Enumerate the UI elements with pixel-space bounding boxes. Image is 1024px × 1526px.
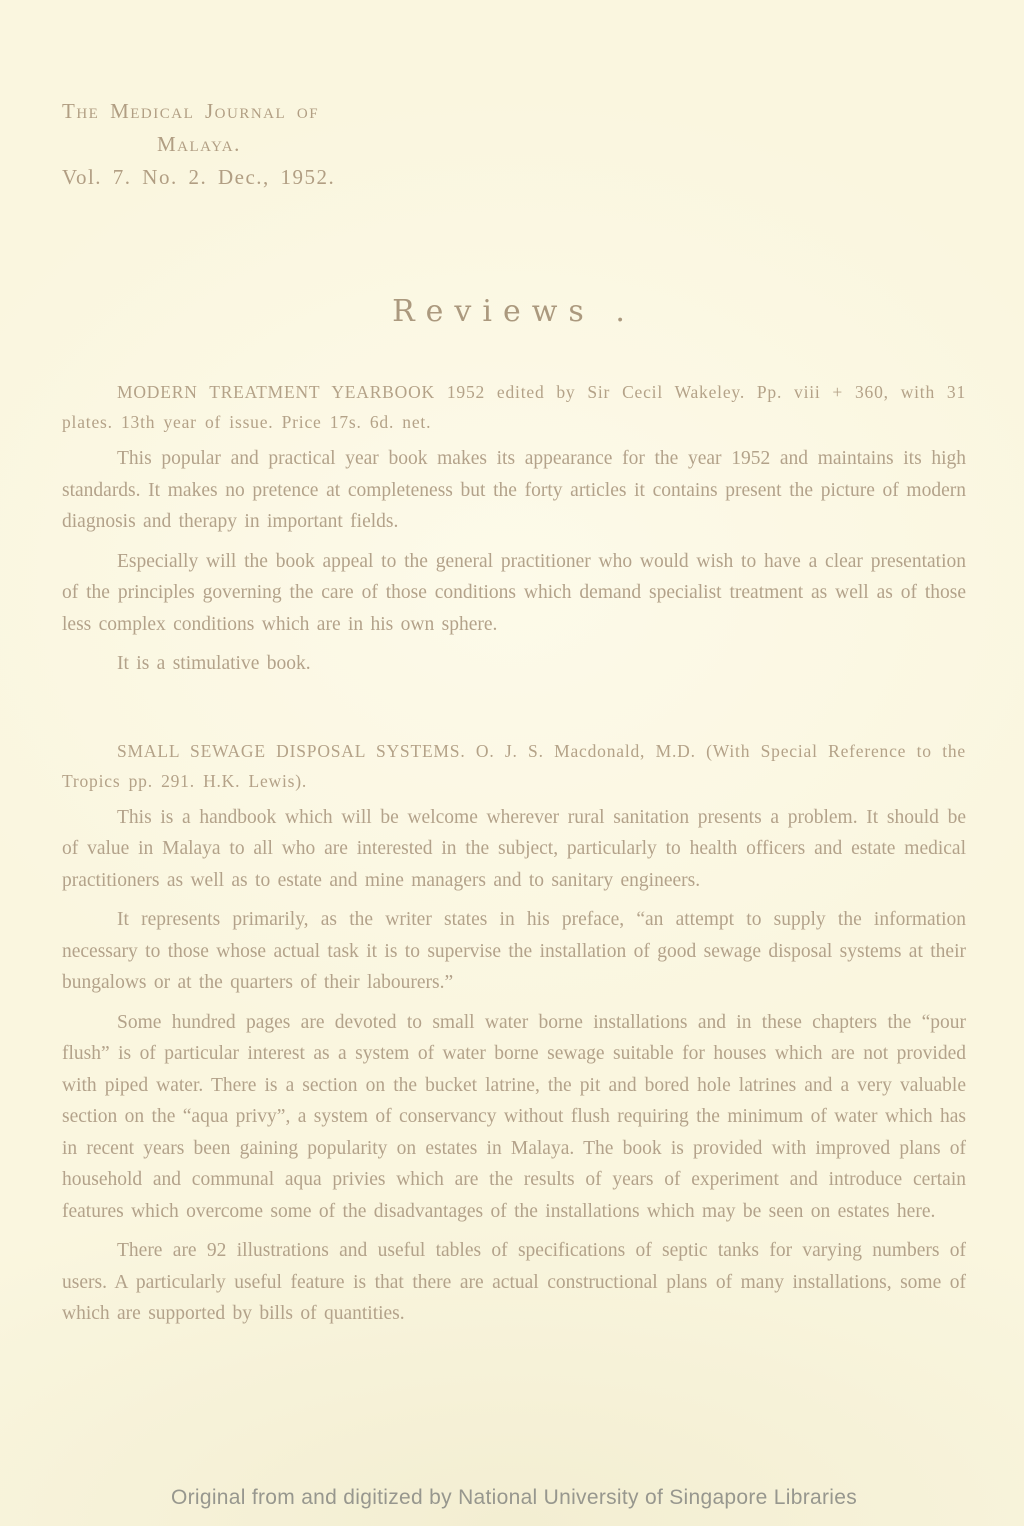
review-paragraph: Some hundred pages are devoted to small … [62, 1007, 966, 1228]
masthead-volume-issue-date: Vol. 7. No. 2. Dec., 1952. [62, 161, 966, 194]
review-paragraph: It is a stimulative book. [62, 648, 966, 680]
masthead-journal-title: The Medical Journal of [62, 95, 966, 128]
masthead: The Medical Journal of Malaya. Vol. 7. N… [62, 95, 966, 194]
digitization-credit: Original from and digitized by National … [62, 1486, 966, 1510]
review-paragraph: This popular and practical year book mak… [62, 443, 966, 538]
masthead-malaya: Malaya. [62, 128, 966, 161]
review-small-sewage-disposal-systems: SMALL SEWAGE DISPOSAL SYSTEMS. O. J. S. … [62, 688, 966, 1338]
review-paragraph: There are 92 illustrations and useful ta… [62, 1235, 966, 1330]
review-paragraph: Especially will the book appeal to the g… [62, 546, 966, 641]
review-paragraph: This is a handbook which will be welcome… [62, 802, 966, 897]
reviews-section-title: Reviews . [62, 294, 966, 329]
review-modern-treatment-yearbook: MODERN TREATMENT YEARBOOK 1952 edited by… [62, 329, 966, 688]
review-paragraph: It represents primarily, as the writer s… [62, 904, 966, 999]
review-heading: MODERN TREATMENT YEARBOOK 1952 edited by… [62, 377, 966, 437]
journal-page: The Medical Journal of Malaya. Vol. 7. N… [0, 0, 1024, 1526]
review-heading: SMALL SEWAGE DISPOSAL SYSTEMS. O. J. S. … [62, 736, 966, 796]
